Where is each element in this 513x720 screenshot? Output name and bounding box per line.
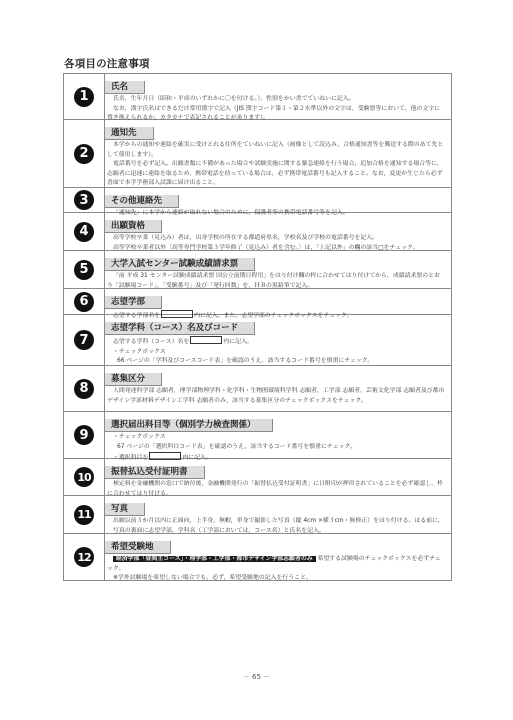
item-text: 人間発達科学部 志願者，理学部物理学科・化学科・生物圏環境科学科 志願者，工学部… (107, 387, 445, 406)
page-title: 各項目の注意事項 (64, 56, 150, 71)
item-row-11: 11 写真 出願以前３か月以内に正面向，上半身，無帽，単身で撮影した写真（縦 4… (64, 495, 451, 533)
number-badge: 3 (74, 190, 94, 210)
item-text: ・チェックボックス (107, 433, 445, 443)
number-badge: 2 (74, 144, 94, 164)
page-number: － 65 － (0, 672, 513, 682)
number-badge: 12 (74, 547, 94, 567)
item-text: ・チェックボックス (107, 348, 445, 358)
item-row-5: 5 大学入試センター試験成績請求票 「前 平成 31 センター試験成績請求票 国… (64, 250, 451, 288)
highlight-label: 経済学部「昼間主コース」・理学部・工学部・都市デザイン学部志願者のみ (113, 556, 316, 562)
number-badge: 6 (74, 292, 94, 312)
item-text: 電話番号を必ず記入。出願書類に不備があった場合や試験実施に関する緊急連絡を行う場… (107, 160, 445, 189)
item-heading: 大学入試センター試験成績請求票 (105, 258, 255, 271)
item-heading: 志望学部 (105, 296, 162, 309)
item-text: 高等学校卒業（見込み）者は，出身学校の所在する都道府県名，学校名及び学校の電話番… (107, 234, 445, 244)
item-heading: 選択届出科目等（個別学力検査関係） (105, 419, 273, 432)
number-badge: 7 (74, 330, 94, 350)
item-text: 氏名，生年月日（昭和・平成のいずれかに〇を付ける。），性別をかい書でていねいに記… (107, 95, 445, 105)
item-heading: 通知先 (105, 127, 154, 140)
item-row-7: 7 志望学科（コース）名及びコード 志望する学科（コース）名を内に記入。 ・チェ… (64, 314, 451, 365)
number-badge: 9 (74, 425, 94, 445)
item-text: 内に記入。 (223, 339, 252, 345)
item-heading: 振替払込受付証明書 (105, 466, 205, 479)
item-heading: その他連絡先 (105, 195, 179, 208)
item-heading: 志望学科（コース）名及びコード (105, 322, 255, 335)
item-heading: 写真 (105, 503, 145, 516)
number-badge: 1 (74, 87, 94, 107)
item-note: ※学外試験場を希望しない場合でも，必ず，希望受験地の記入を行うこと。 (107, 574, 445, 584)
number-badge: 10 (74, 467, 94, 487)
item-row-9: 9 選択届出科目等（個別学力検査関係） ・チェックボックス 67 ページの「選択… (64, 411, 451, 458)
item-row-12: 12 希望受験地 経済学部「昼間主コース」・理学部・工学部・都市デザイン学部志願… (64, 533, 451, 580)
number-badge: 4 (74, 222, 94, 242)
item-heading: 出願資格 (105, 220, 162, 233)
number-badge: 11 (74, 505, 94, 525)
item-row-4: 4 出願資格 高等学校卒業（見込み）者は，出身学校の所在する都道府県名，学校名及… (64, 212, 451, 250)
item-text: 志望する学科（コース）名を (113, 339, 189, 345)
item-text: 67 ページの「選択科目コード表」を確認のうえ，該当するコード番号を慎重にチェッ… (107, 443, 445, 453)
item-row-1: 1 氏名 氏名，生年月日（昭和・平成のいずれかに〇を付ける。），性別をかい書でて… (64, 74, 451, 119)
blank-box (190, 336, 222, 344)
item-heading: 氏名 (105, 81, 145, 94)
notes-table: 1 氏名 氏名，生年月日（昭和・平成のいずれかに〇を付ける。），性別をかい書でて… (63, 73, 452, 581)
item-row-3: 3 その他連絡先 「通知先」に本学から連絡が取れない場合のために，保護者等の携帯… (64, 187, 451, 212)
item-heading: 希望受験地 (105, 541, 171, 554)
item-text: 本学からの通知や連絡を確実に受けとれる住所をていねいに記入（画像として読込み，合… (107, 141, 445, 160)
item-heading: 募集区分 (105, 373, 162, 386)
number-badge: 5 (74, 260, 94, 280)
number-badge: 8 (74, 379, 94, 399)
item-row-8: 8 募集区分 人間発達科学部 志願者，理学部物理学科・化学科・生物圏環境科学科 … (64, 365, 451, 411)
item-row-6: 6 志望学部 志望する学部名を内に記入。また，志望学部のチェックボックスをチェッ… (64, 288, 451, 314)
item-row-10: 10 振替払込受付証明書 検定料を金融機関の窓口で納付後，金融機関発行の「振替払… (64, 458, 451, 495)
item-row-2: 2 通知先 本学からの通知や連絡を確実に受けとれる住所をていねいに記入（画像とし… (64, 119, 451, 187)
